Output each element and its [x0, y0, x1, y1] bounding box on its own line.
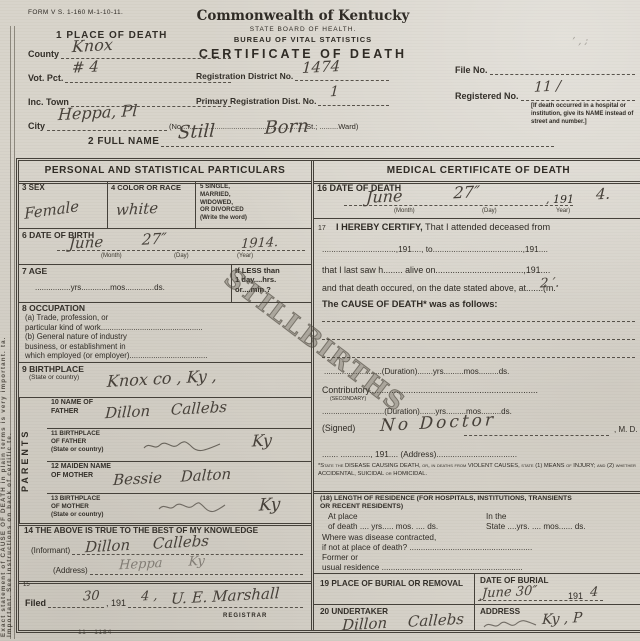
- dob-year-value: 1914.: [241, 235, 279, 252]
- filed-191-printed: , 191: [106, 598, 126, 608]
- certify-line2: ................................,191....…: [322, 244, 640, 254]
- filed-label: Filed: [25, 598, 46, 608]
- disease-contracted-line: Where was disease contracted, if not at …: [322, 533, 640, 554]
- dob-month-sublabel: (Month): [101, 253, 122, 259]
- form-number-bottom: 11—1184: [78, 629, 112, 636]
- registration-district-line: Registration District No.: [196, 70, 391, 81]
- marital-label: 5 SINGLE, MARRIED, WIDOWED, OR DIVORCED …: [200, 183, 247, 222]
- residence-at-place: At place of death .... yrs..... mos. ...…: [328, 512, 438, 533]
- primary-registration-value: 1: [330, 84, 340, 101]
- registration-district-label: Registration District No.: [196, 71, 293, 81]
- signed-blank-line: [464, 435, 609, 436]
- undertaker-address-label: ADDRESS: [480, 607, 520, 616]
- place-of-burial-label: 19 PLACE OF BURIAL OR REMOVAL: [320, 579, 463, 588]
- header: FORM V S. 1-160 M-1-10-11. ’ , ; Commonw…: [0, 0, 640, 158]
- residence-in-state: In the State ....yrs. .... mos...... ds.: [486, 512, 586, 533]
- birthplace-label: 9 BIRTHPLACE: [22, 364, 84, 374]
- voting-precinct-value: # 4: [72, 57, 100, 76]
- mother-name-label: 12 MAIDEN NAME OF MOTHER: [51, 463, 111, 481]
- registration-district-value: 1474: [302, 57, 341, 77]
- date-of-death-row: 16 DATE OF DEATH June 27″ , 191 4. (Mont…: [314, 181, 640, 219]
- birthplace-row: 9 BIRTHPLACE (State or country) Knox co …: [19, 362, 311, 398]
- illegible-script: [157, 501, 227, 513]
- age-units-line: ................yrs.............mos.....…: [35, 283, 225, 292]
- filed-year-value: 4 ,: [141, 589, 158, 605]
- dod-year-value: 4.: [596, 185, 611, 204]
- mother-name-value: Bessie Dalton: [113, 465, 232, 489]
- county-line: County: [28, 48, 233, 59]
- father-name-value: Dillon Callebs: [105, 398, 228, 422]
- file-no-label: File No.: [455, 65, 488, 75]
- father-name-label: 10 NAME OF FATHER: [51, 399, 93, 417]
- undertaker-address-value: Ky , P: [542, 610, 583, 628]
- occupation-label: 8 OCCUPATION: [22, 303, 85, 313]
- registrar-label: REGISTRAR: [223, 613, 267, 619]
- parents-block: PARENTS 10 NAME OF FATHER Dillon Callebs…: [19, 397, 311, 526]
- sex-value: Female: [24, 197, 79, 223]
- full-name-line: 2 FULL NAME: [88, 136, 556, 147]
- county-value: Knox: [72, 35, 114, 56]
- cause-blank-line-3: [322, 357, 635, 358]
- section-divider-rule: [314, 491, 640, 494]
- primary-registration-label: Primary Registration Dist. No.: [196, 96, 316, 106]
- former-residence-line: Former or usual residence ..............…: [322, 553, 640, 574]
- dob-year-sublabel: (Year): [237, 253, 253, 259]
- illegible-script: [482, 619, 538, 631]
- md-label: , M. D.: [614, 425, 640, 434]
- signed-date-address-line: ....... ............., 191.... (Address)…: [322, 449, 640, 459]
- undertaker-row-top-rule: [314, 604, 640, 605]
- certify-bold-text: I HEREBY CERTIFY,: [336, 222, 423, 232]
- primary-registration-line: Primary Registration Dist. No.: [196, 95, 391, 106]
- mother-birthplace-row: 13 BIRTHPLACE OF MOTHER (State or countr…: [47, 493, 311, 523]
- mother-name-row: 12 MAIDEN NAME OF MOTHER Bessie Dalton: [47, 461, 311, 494]
- medical-certificate-column: MEDICAL CERTIFICATE OF DEATH 16 DATE OF …: [314, 161, 640, 630]
- registered-no-value: 11 /: [534, 78, 562, 95]
- certify-line4: and that death occured, on the date stat…: [322, 283, 640, 293]
- date-of-burial-label: DATE OF BURIAL: [480, 576, 549, 585]
- father-birthplace-label: 11 BIRTHPLACE OF FATHER (State or countr…: [51, 430, 103, 454]
- city-label: City: [28, 121, 45, 131]
- certify-section-number: 17: [318, 225, 326, 232]
- father-birthplace-row: 11 BIRTHPLACE OF FATHER (State or countr…: [47, 428, 311, 462]
- death-certificate-scan: Exact statement of CAUSE OF DEATH in pla…: [0, 0, 640, 641]
- hospital-note: [If death occurred in a hospital or inst…: [531, 102, 635, 126]
- cause-blank-line-2: [322, 339, 635, 340]
- filed-section-number: 15: [23, 582, 30, 588]
- father-name-row: 10 NAME OF FATHER Dillon Callebs: [47, 397, 311, 429]
- age-label: 7 AGE: [22, 266, 47, 276]
- date-of-burial-value: June 30″: [482, 584, 538, 602]
- death-time-value: 2 ′.: [540, 275, 560, 291]
- birthplace-sublabel: (State or country): [29, 374, 79, 381]
- form-number-top: FORM V S. 1-160 M-1-10-11.: [28, 9, 123, 16]
- registered-no-label: Registered No.: [455, 91, 519, 101]
- commonwealth-title: Commonwealth of Kentucky: [178, 8, 428, 24]
- informant-address-label: (Address): [53, 566, 88, 575]
- dod-year-sublabel: Year): [556, 208, 570, 214]
- voting-precinct-label: Vot. Pct.: [28, 73, 63, 83]
- parents-side-label: PARENTS: [19, 397, 48, 523]
- signed-label: (Signed): [322, 423, 355, 433]
- burial-row-top-rule: [314, 573, 640, 574]
- file-no-blank: [490, 64, 635, 75]
- illegible-script: [142, 440, 222, 452]
- burial-date-blank: [478, 600, 603, 601]
- race-cell: 4 COLOR OR RACE white: [107, 181, 196, 228]
- sex-race-marital-row: 3 SEX Female 4 COLOR OR RACE white 5 SIN…: [19, 181, 311, 229]
- dod-month-sublabel: (Month): [394, 208, 415, 214]
- cause-footnote: *State the DISEASE CAUSING DEATH, or, in…: [318, 463, 640, 478]
- date-of-birth-row: 6 DATE OF BIRTH June 27″ 1914. (Month) (…: [19, 228, 311, 265]
- father-birthplace-value: Ky: [252, 430, 273, 450]
- certificate-body: PERSONAL AND STATISTICAL PARTICULARS 3 S…: [16, 158, 640, 633]
- cause-of-death-label: The CAUSE OF DEATH* was as follows:: [322, 299, 640, 309]
- mother-birthplace-label: 13 BIRTHPLACE OF MOTHER (State or countr…: [51, 495, 103, 519]
- filed-day-value: 30: [83, 589, 100, 605]
- certify-line3: that I last saw h........ alive on......…: [322, 265, 640, 275]
- bureau-subtitle: BUREAU OF VITAL STATISTICS: [178, 35, 428, 44]
- dob-day-sublabel: (Day): [174, 253, 189, 259]
- cause-blank-line-1: [322, 321, 635, 322]
- certify-rest-text: That I attended deceased from: [423, 222, 551, 232]
- race-label: 4 COLOR OR RACE: [111, 183, 181, 192]
- full-name-label: 2 FULL NAME: [88, 136, 159, 147]
- file-no-line: File No.: [455, 64, 637, 75]
- sex-label: 3 SEX: [22, 183, 45, 192]
- sex-cell: 3 SEX Female: [19, 181, 107, 228]
- occupation-b-label: (b) General nature of industry business,…: [25, 332, 307, 361]
- marital-cell: 5 SINGLE, MARRIED, WIDOWED, OR DIVORCED …: [195, 181, 312, 228]
- mother-birthplace-value: Ky: [258, 494, 280, 515]
- filed-block: 15 Filed , 191 30 4 , U. E. Marshall REG…: [19, 581, 311, 630]
- burial-year-value: 4: [590, 585, 599, 600]
- certify-line1: I HEREBY CERTIFY, That I attended deceas…: [336, 222, 640, 232]
- burial-cell-divider: [474, 573, 475, 630]
- stray-pen-marks: ’ , ;: [572, 36, 589, 48]
- attestation-block: 14 THE ABOVE IS TRUE TO THE BEST OF MY K…: [19, 523, 311, 584]
- birthplace-value: Knox co , Ky ,: [107, 366, 218, 391]
- informant-label: (Informant): [31, 546, 70, 555]
- margin-note-instructions: Important. See instructions on back of c…: [6, 432, 13, 637]
- county-label: County: [28, 49, 59, 59]
- dod-191-printed: , 191: [546, 193, 574, 206]
- residence-section-label: (18) LENGTH OF RESIDENCE (FOR HOSPITALS,…: [320, 495, 640, 512]
- dod-day-sublabel: (Day): [482, 208, 497, 214]
- personal-particulars-column: PERSONAL AND STATISTICAL PARTICULARS 3 S…: [19, 161, 314, 630]
- secondary-sublabel: (SECONDARY): [330, 396, 366, 402]
- board-subtitle: STATE BOARD OF HEALTH.: [178, 26, 428, 33]
- race-value: white: [116, 199, 159, 219]
